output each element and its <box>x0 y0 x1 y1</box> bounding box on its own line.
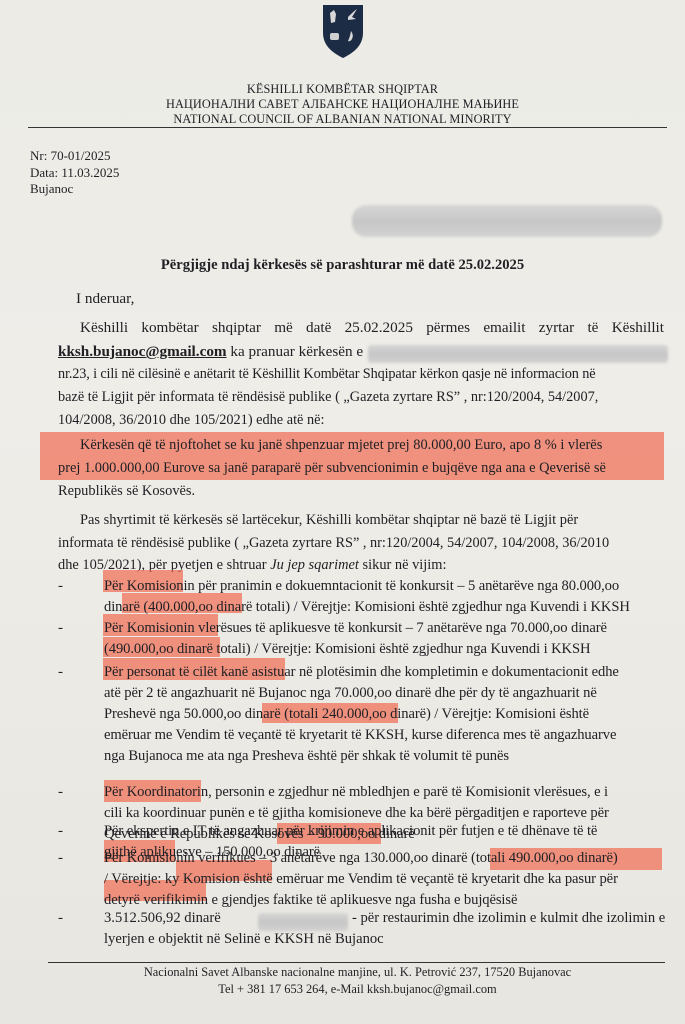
word: të <box>587 319 598 337</box>
bullet-marker: - <box>58 850 63 867</box>
bullet-marker: - <box>58 910 63 927</box>
page-title: Përgjigje ndaj kërkesës së parashturar m… <box>0 257 685 274</box>
word: përmes <box>426 319 470 337</box>
document-place: Bujanoc <box>30 181 119 198</box>
footer-contact: Tel + 381 17 653 264, e-Mail kksh.bujano… <box>30 981 685 998</box>
list-item-line: / Vërejtje: ky Komision është emëruar me… <box>104 871 618 888</box>
council-email-link[interactable]: kksh.bujanoc@gmail.com <box>58 343 227 360</box>
list-item-line: (490.000,oo dinarë totali) / Vërejtje: K… <box>104 641 590 658</box>
list-item-line: lyerjen e objektit në Selinë e KKSH në B… <box>104 931 384 948</box>
intro-line-2: kksh.bujanoc@gmail.com ka pranuar kërkes… <box>58 343 363 361</box>
footer-address: Nacionalni Savet Albanske nacionalne man… <box>30 964 685 981</box>
intro-line-2-text: ka pranuar kërkesën e <box>230 343 363 360</box>
word: shqiptar <box>212 319 261 337</box>
salutation: I nderuar, <box>76 290 134 308</box>
list-item-line: Për Komisionin verifikues – 3 anëtarëve … <box>104 850 618 867</box>
word: kombëtar <box>141 319 198 337</box>
letterhead-line-serbian: НАЦИОНАЛНИ САВЕТ АЛБАНСКЕ НАЦИОНАЛНЕ МАЊ… <box>0 97 685 112</box>
word: zyrtar <box>539 319 574 337</box>
word: 25.02.2025 <box>345 319 413 337</box>
document-page: KËSHILLI KOMBËTAR SHQIPTAR НАЦИОНАЛНИ СА… <box>0 0 685 1024</box>
list-item-line: Për Komisionin për pranimin e dokuemntac… <box>104 578 619 595</box>
list-item-line: Për Komisionin vlerësues të aplikuesve t… <box>104 620 607 637</box>
list-item-line: dinarë (400.000,oo dinarë totali) / Vëre… <box>104 599 630 616</box>
list-item-line: Për personat të cilët kanë asistuar në p… <box>104 664 619 681</box>
intro-line-3: nr.23, i cili në cilësinë e anëtarit të … <box>58 366 595 383</box>
bullet-marker: - <box>58 664 63 681</box>
intro-line-4: bazë të Ligjit për informata të rëndësis… <box>58 389 598 406</box>
footer-divider <box>48 962 665 963</box>
list-item-line: detyrë verifikimin e gjendjes faktike të… <box>104 892 517 909</box>
word: Këshilli <box>80 319 128 337</box>
footer: Nacionalni Savet Albanske nacionalne man… <box>0 964 685 998</box>
request-line-3: Republikës së Kosovës. <box>58 483 195 500</box>
word: më <box>274 319 293 337</box>
list-item-amount: 3.512.506,92 dinarë <box>104 910 221 927</box>
word: emailit <box>483 319 525 337</box>
redacted-amount-detail <box>258 913 348 931</box>
list-item-line: cili ka koordinuar punën e të gjitha kom… <box>104 805 609 822</box>
header-divider <box>28 127 667 128</box>
document-meta: Nr: 70-01/2025 Data: 11.03.2025 Bujanoc <box>30 148 119 198</box>
response-line-1: Pas shyrtimit të kërkesës së lartëcekur,… <box>80 512 578 529</box>
shield-crest-icon <box>321 3 365 59</box>
bullet-marker: - <box>58 823 63 840</box>
letterhead-line-english: NATIONAL COUNCIL OF ALBANIAN NATIONAL MI… <box>0 112 685 127</box>
letterhead-line-albanian: KËSHILLI KOMBËTAR SHQIPTAR <box>0 82 685 97</box>
bullet-marker: - <box>58 784 63 801</box>
list-item-line: Preshevë nga 50.000,oo dinarë (totali 24… <box>104 706 589 723</box>
request-line-1: Kërkesën që të njoftohet se ku janë shpe… <box>80 437 602 454</box>
list-item-line: Për Koordinatorin, personin e zgjedhur n… <box>104 784 608 801</box>
list-item-line: atë për 2 të angazhuarit në Bujanoc nga … <box>104 685 597 702</box>
request-line-2: prej 1.000.000,00 Eurove sa janë parapar… <box>58 460 606 477</box>
intro-line-5: 104/2008, 36/2010 dhe 105/2021) edhe atë… <box>58 412 324 429</box>
document-date: Data: 11.03.2025 <box>30 165 119 182</box>
document-number: Nr: 70-01/2025 <box>30 148 119 165</box>
response-emphasis: Ju jep sqarimet <box>270 557 359 573</box>
bullet-marker: - <box>58 578 63 595</box>
list-item-line: Për ekspertin e IT të angazhuar për krij… <box>104 823 597 840</box>
response-line-3b: sikur në vijim: <box>359 557 447 573</box>
bullet-marker: - <box>58 620 63 637</box>
response-line-2: informata të rëndësisë publike ( „Gazeta… <box>58 535 609 552</box>
list-item-line: emëruar me Vendim të veçantë të kryetari… <box>104 727 616 744</box>
redacted-recipient <box>352 205 662 237</box>
letterhead: KËSHILLI KOMBËTAR SHQIPTAR НАЦИОНАЛНИ СА… <box>0 82 685 127</box>
list-item-line: nga Bujanoca me ata nga Presheva është p… <box>104 748 509 765</box>
word: Këshillit <box>612 319 664 337</box>
intro-line-1: Këshillikombëtarshqiptarmëdatë25.02.2025… <box>80 319 664 337</box>
redacted-requester <box>368 345 668 363</box>
word: datë <box>306 319 331 337</box>
list-item-line: - për restaurimin dhe izolimin e kulmit … <box>352 910 665 927</box>
